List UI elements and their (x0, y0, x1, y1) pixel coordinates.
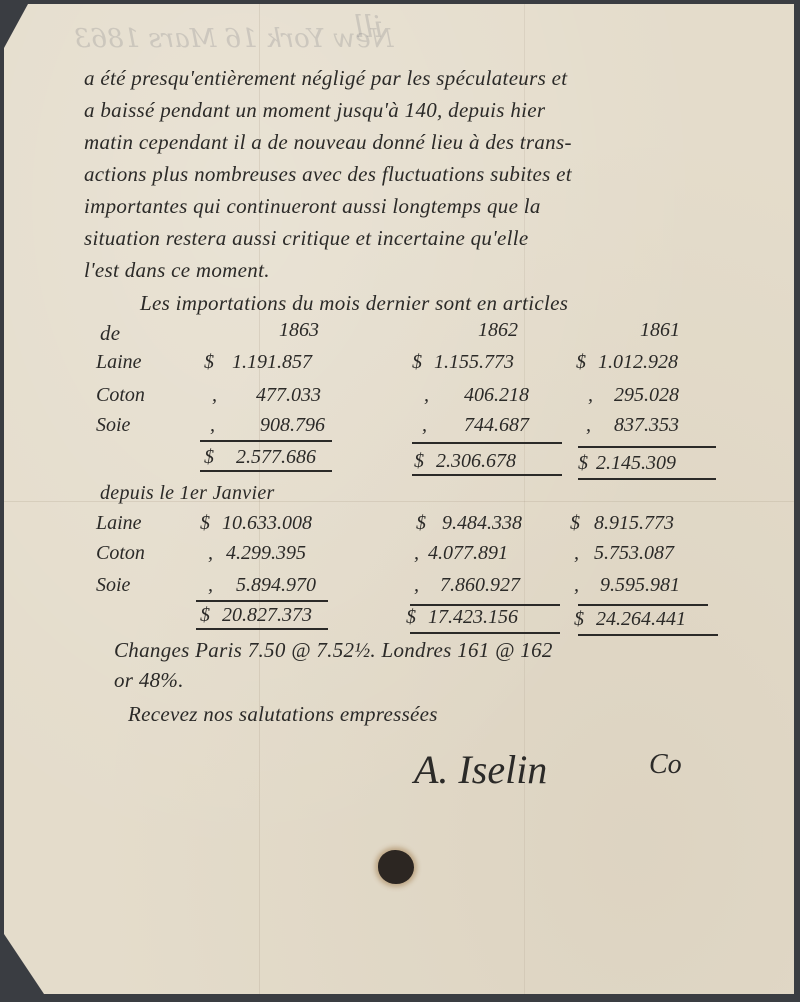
ditto-mark: , (210, 414, 215, 437)
total-value: 2.145.309 (596, 452, 676, 475)
row-label-laine: Laine (96, 512, 142, 535)
cell-value: 1.155.773 (434, 351, 514, 374)
signature: A. Iselin (414, 746, 547, 793)
total-value: 17.423.156 (428, 606, 518, 629)
cell-value: 4.077.891 (428, 542, 508, 565)
faint-header: New York 16 Mars 1863 (74, 24, 393, 54)
total-value: 2.577.686 (236, 446, 316, 469)
currency-mark: $ (412, 351, 422, 374)
body-line: a été presqu'entièrement négligé par les… (84, 66, 567, 91)
body-line: importantes qui continueront aussi longt… (84, 194, 541, 219)
cell-value: 1.191.857 (232, 351, 312, 374)
body-line: l'est dans ce moment. (84, 258, 270, 283)
column-header-1861: 1861 (640, 319, 680, 342)
total-rule (578, 634, 718, 636)
letter-page: New York 16 Mars 1863 ill a été presqu'e… (4, 4, 794, 994)
body-line: matin cependant il a de nouveau donné li… (84, 130, 572, 155)
currency-mark: $ (204, 351, 214, 374)
cell-value: 295.028 (614, 384, 679, 407)
ditto-mark: , (424, 384, 429, 407)
currency-mark: $ (578, 452, 588, 475)
exchange-rates-line: or 48%. (114, 668, 184, 693)
row-label-coton: Coton (96, 384, 145, 407)
subtotal-rule (578, 604, 708, 606)
salutation: Recevez nos salutations empressées (128, 702, 438, 727)
subtotal-rule (578, 446, 716, 448)
cell-value: 837.353 (614, 414, 679, 437)
row-label-laine: Laine (96, 351, 142, 374)
total-value: 24.264.441 (596, 608, 686, 631)
ditto-mark: , (588, 384, 593, 407)
total-value: 2.306.678 (436, 450, 516, 473)
cell-value: 908.796 (260, 414, 325, 437)
cell-value: 10.633.008 (222, 512, 312, 535)
ytd-heading: depuis le 1er Janvier (100, 482, 275, 505)
currency-mark: $ (406, 606, 416, 629)
currency-mark: $ (574, 608, 584, 631)
cell-value: 8.915.773 (594, 512, 674, 535)
currency-mark: $ (576, 351, 586, 374)
cell-value: 477.033 (256, 384, 321, 407)
total-rule (578, 478, 716, 480)
currency-mark: $ (200, 512, 210, 535)
cell-value: 406.218 (464, 384, 529, 407)
subtotal-rule (412, 442, 562, 444)
column-header-1862: 1862 (478, 319, 518, 342)
currency-mark: $ (570, 512, 580, 535)
ditto-mark: , (422, 414, 427, 437)
cell-value: 4.299.395 (226, 542, 306, 565)
total-rule (200, 470, 332, 472)
total-value: 20.827.373 (222, 604, 312, 627)
exchange-rates-line: Changes Paris 7.50 @ 7.52½. Londres 161 … (114, 638, 553, 663)
row-label-soie: Soie (96, 574, 130, 597)
body-line: a baissé pendant un moment jusqu'à 140, … (84, 98, 545, 123)
ditto-mark: , (208, 574, 213, 597)
total-rule (410, 632, 560, 634)
ditto-mark: , (208, 542, 213, 565)
burn-hole (378, 850, 414, 884)
cell-value: 744.687 (464, 414, 529, 437)
signature-suffix: Co (649, 749, 682, 781)
currency-mark: $ (200, 604, 210, 627)
faint-corner-mark: ill (354, 10, 383, 45)
column-header-1863: 1863 (279, 319, 319, 342)
imports-intro: Les importations du mois dernier sont en… (140, 291, 568, 316)
currency-mark: $ (416, 512, 426, 535)
row-label-soie: Soie (96, 414, 130, 437)
subtotal-rule (196, 600, 328, 602)
row-label-coton: Coton (96, 542, 145, 565)
imports-intro-cont: de (100, 321, 120, 346)
total-rule (196, 628, 328, 630)
ditto-mark: , (574, 542, 579, 565)
body-line: situation restera aussi critique et ince… (84, 226, 529, 251)
cell-value: 1.012.928 (598, 351, 678, 374)
ditto-mark: , (212, 384, 217, 407)
cell-value: 9.484.338 (442, 512, 522, 535)
cell-value: 7.860.927 (440, 574, 520, 597)
ditto-mark: , (414, 574, 419, 597)
body-line: actions plus nombreuses avec des fluctua… (84, 162, 572, 187)
ditto-mark: , (586, 414, 591, 437)
total-rule (412, 474, 562, 476)
cell-value: 5.894.970 (236, 574, 316, 597)
subtotal-rule (200, 440, 332, 442)
currency-mark: $ (204, 446, 214, 469)
ditto-mark: , (414, 542, 419, 565)
ditto-mark: , (574, 574, 579, 597)
cell-value: 5.753.087 (594, 542, 674, 565)
cell-value: 9.595.981 (600, 574, 680, 597)
currency-mark: $ (414, 450, 424, 473)
